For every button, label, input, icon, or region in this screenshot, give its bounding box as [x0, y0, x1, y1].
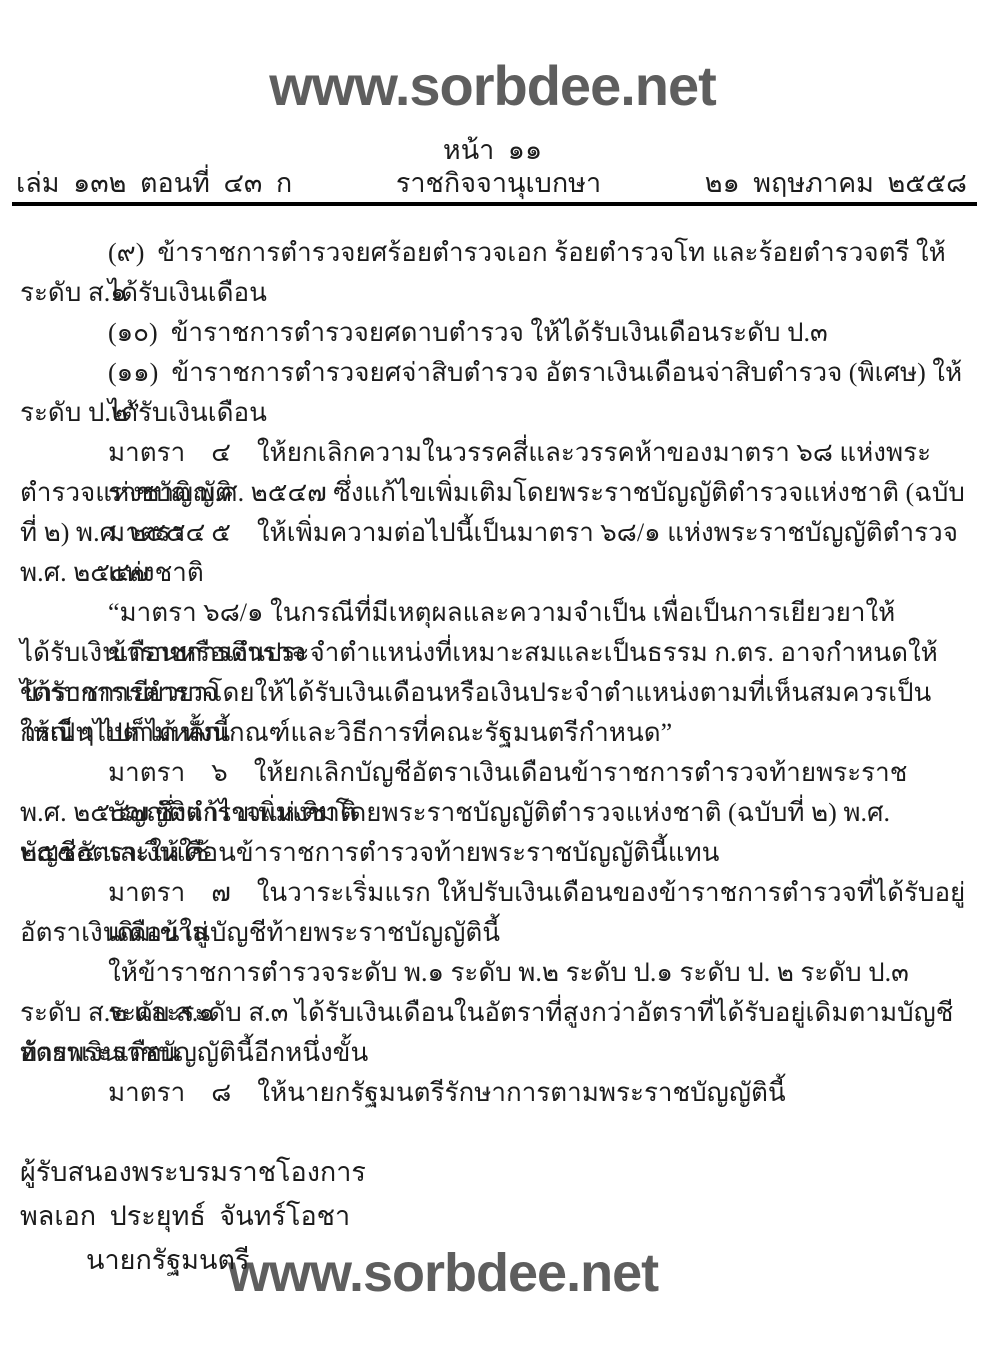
- gazette-header-row: เล่ม ๑๓๒ ตอนที่ ๔๓ ก ราชกิจจานุเบกษา ๒๑ …: [16, 161, 967, 204]
- document-line: มาตรา ๘ ให้นายกรัฐมนตรีรักษาการตามพระราช…: [20, 1073, 967, 1113]
- publication-date: ๒๑ พฤษภาคม ๒๕๕๘: [705, 161, 967, 204]
- document-line: บัญชีอัตราเงินเดือนข้าราชการตำรวจท้ายพระ…: [20, 833, 967, 873]
- document-line: (๙) ข้าราชการตำรวจยศร้อยตำรวจเอก ร้อยตำร…: [20, 233, 967, 273]
- document-line: ตำรวจแห่งชาติ พ.ศ. ๒๕๔๗ ซึ่งแก้ไขเพิ่มเต…: [20, 473, 967, 513]
- document-line: มาตรา ๔ ให้ยกเลิกความในวรรคสี่และวรรคห้า…: [20, 433, 967, 473]
- document-line: (๑๑) ข้าราชการตำรวจยศจ่าสิบตำรวจ อัตราเง…: [20, 353, 967, 393]
- signer-title: นายกรัฐมนตรี: [20, 1238, 366, 1282]
- watermark-top: www.sorbdee.net: [0, 58, 985, 114]
- document-line: ให้เป็นไปตามหลักเกณฑ์และวิธีการที่คณะรัฐ…: [20, 713, 967, 753]
- document-line: ได้รับเงินเดือนหรือเงินประจำตำแหน่งที่เห…: [20, 633, 967, 673]
- signature-block: ผู้รับสนองพระบรมราชโองการ พลเอก ประยุทธ์…: [20, 1150, 366, 1282]
- document-line: มาตรา ๕ ให้เพิ่มความต่อไปนี้เป็นมาตรา ๖๘…: [20, 513, 967, 553]
- document-line: อัตราเงินเดือนในบัญชีท้ายพระราชบัญญัตินี…: [20, 913, 967, 953]
- document-line: (๑๐) ข้าราชการตำรวจยศดาบตำรวจ ให้ได้รับเ…: [20, 313, 967, 353]
- header-divider: [12, 202, 977, 206]
- document-line: พ.ศ. ๒๕๔๗ ซึ่งแก้ไขเพิ่มเติมโดยพระราชบัญ…: [20, 793, 967, 833]
- volume-issue-label: เล่ม ๑๓๒ ตอนที่ ๔๓ ก: [16, 161, 292, 204]
- document-body: (๙) ข้าราชการตำรวจยศร้อยตำรวจเอก ร้อยตำร…: [20, 233, 967, 1113]
- document-line: “มาตรา ๖๘/๑ ในกรณีที่มีเหตุผลและความจำเป…: [20, 593, 967, 633]
- document-line: มาตรา ๖ ให้ยกเลิกบัญชีอัตราเงินเดือนข้าร…: [20, 753, 967, 793]
- gazette-title: ราชกิจจานุเบกษา: [396, 161, 601, 204]
- document-line: ได้รับการเยียวยาโดยให้ได้รับเงินเดือนหรื…: [20, 673, 967, 713]
- countersign-label: ผู้รับสนองพระบรมราชโองการ: [20, 1150, 366, 1194]
- signer-name: พลเอก ประยุทธ์ จันทร์โอชา: [20, 1194, 366, 1238]
- document-line: ระดับ ส.๒ และระดับ ส.๓ ได้รับเงินเดือนใน…: [20, 993, 967, 1033]
- document-line: ท้ายพระราชบัญญัตินี้อีกหนึ่งขั้น: [20, 1033, 967, 1073]
- document-line: ให้ข้าราชการตำรวจระดับ พ.๑ ระดับ พ.๒ ระด…: [20, 953, 967, 993]
- document-line: มาตรา ๗ ในวาระเริ่มแรก ให้ปรับเงินเดือนข…: [20, 873, 967, 913]
- gazette-page: www.sorbdee.net หน้า ๑๑ เล่ม ๑๓๒ ตอนที่ …: [0, 0, 985, 1356]
